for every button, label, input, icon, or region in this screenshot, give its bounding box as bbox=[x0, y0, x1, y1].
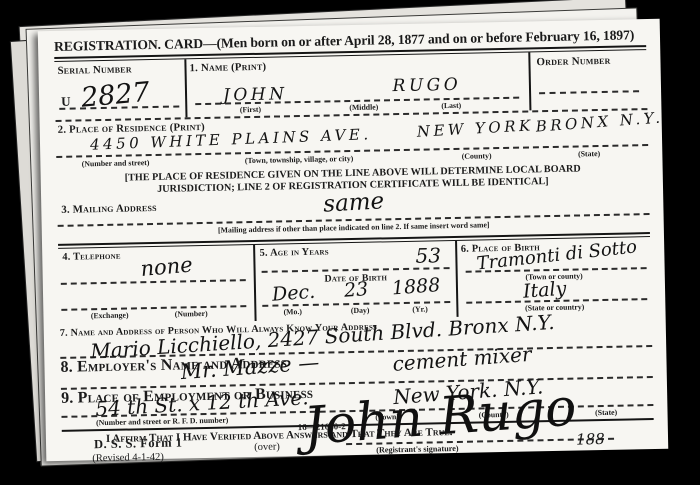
form-revision: (Revised 4-1-42) bbox=[92, 452, 164, 464]
dob-day-value: 23 bbox=[343, 280, 368, 301]
serial-number-value: 2827 bbox=[80, 79, 151, 112]
order-number-line bbox=[539, 90, 639, 94]
order-number-box: Order Number bbox=[528, 50, 647, 110]
residence-sublabel-state: (State) bbox=[578, 149, 600, 158]
form-name: D. S. S. Form 1 bbox=[94, 435, 183, 452]
telephone-line-1 bbox=[61, 279, 246, 285]
telephone-value: none bbox=[140, 254, 194, 280]
birthplace-country-value: Italy bbox=[523, 280, 568, 302]
serial-number-prefix: U bbox=[61, 94, 71, 110]
name-sublabel-middle: (Middle) bbox=[349, 102, 378, 112]
mailing-address-value: same bbox=[323, 190, 385, 216]
residence-sublabel-county: (County) bbox=[462, 151, 492, 161]
dob-month-value: Dec. bbox=[272, 283, 316, 305]
residence-sublabel-town: (Town, township, village, or city) bbox=[245, 154, 354, 165]
age-value: 53 bbox=[415, 245, 441, 266]
serial-number-box: Serial Number U 2827 bbox=[54, 59, 185, 120]
dob-sublabel-month: (Mo.) bbox=[283, 307, 302, 316]
telephone-sublabel-exchange: (Exchange) bbox=[91, 311, 129, 321]
dob-year-value: 1888 bbox=[391, 276, 441, 298]
name-sublabel-last: (Last) bbox=[441, 101, 461, 110]
stamp-number: 188 bbox=[576, 430, 605, 449]
scan-background: REGISTRATION. CARD—(Men born on or after… bbox=[0, 0, 700, 485]
dob-sublabel-day: (Day) bbox=[351, 306, 370, 315]
telephone-sublabel-number: (Number) bbox=[175, 309, 208, 319]
order-number-label: Order Number bbox=[530, 50, 646, 68]
residence-county-value: NEW YORK bbox=[417, 118, 535, 139]
residence-sublabel-street: (Number and street) bbox=[82, 158, 150, 168]
name-box: 1. Name (Print) JOHN RUGO (First) (Middl… bbox=[184, 52, 529, 117]
birthplace-cell: 6. Place of Birth Tramonti di Sotto (Tow… bbox=[455, 237, 652, 317]
name-first-value: JOHN bbox=[223, 86, 288, 104]
details-table: 4. Telephone none (Exchange) (Number) 5.… bbox=[58, 237, 651, 325]
mailing-address-label: 3. Mailing Address bbox=[61, 202, 157, 216]
registration-card: REGISTRATION. CARD—(Men born on or after… bbox=[38, 19, 669, 461]
name-sublabel-first: (First) bbox=[240, 105, 261, 114]
age-cell: 5. Age in Years 53 Date of Birth Dec. 23… bbox=[253, 241, 456, 321]
serial-number-line: U 2827 bbox=[59, 79, 180, 109]
card-inner: REGISTRATION. CARD—(Men born on or after… bbox=[38, 27, 669, 469]
employment-sublabel-state: (State) bbox=[595, 408, 617, 417]
residence-state-value: BRONX N.Y. bbox=[535, 110, 664, 134]
serial-number-label: Serial Number bbox=[54, 59, 184, 77]
dob-sublabel-year: (Yr.) bbox=[412, 305, 428, 314]
telephone-cell: 4. Telephone none (Exchange) (Number) bbox=[58, 245, 255, 325]
over-label: (over) bbox=[254, 442, 280, 454]
name-last-value: RUGO bbox=[392, 77, 461, 95]
